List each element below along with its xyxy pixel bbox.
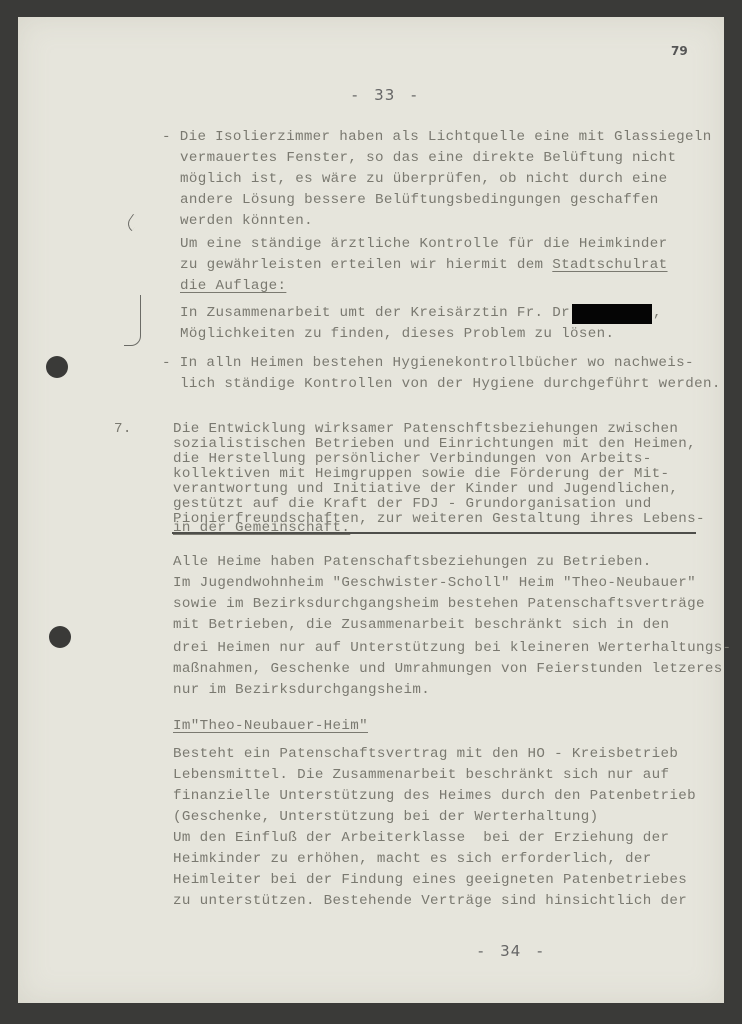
body-line: mit Betrieben, die Zusammenarbeit beschr… (173, 617, 669, 633)
text-line: andere Lösung bessere Belüftungsbedingun… (180, 192, 659, 208)
underlined-directive: die Auflage: (180, 278, 286, 294)
section-heading-line: gestützt auf die Kraft der FDJ - Grundor… (173, 496, 652, 512)
body-line: finanzielle Unterstützung des Heimes dur… (173, 788, 696, 804)
text-line: lich ständige Kontrollen von der Hygiene… (180, 376, 721, 392)
text-line: zu gewährleisten erteilen wir hiermit de… (180, 257, 668, 273)
page-number-bottom: - 34 - (478, 942, 543, 960)
body-line: nur im Bezirksdurchgangsheim. (173, 682, 430, 698)
body-line: zu unterstützen. Bestehende Verträge sin… (173, 893, 687, 909)
text-line: - In alln Heimen bestehen Hygienekontrol… (162, 355, 694, 371)
text-line: Möglichkeiten zu finden, dieses Problem … (180, 326, 614, 342)
section-heading-line: Die Entwicklung wirksamer Patenschftsbez… (173, 421, 678, 437)
body-line: sowie im Bezirksdurchgangsheim bestehen … (173, 596, 705, 612)
text-span: zu gewährleisten erteilen wir hiermit de… (180, 257, 552, 273)
text-line: werden könnten. (180, 213, 313, 229)
body-line: Lebensmittel. Die Zusammenarbeit beschrä… (173, 767, 669, 783)
heading-underline-rule (172, 532, 696, 534)
body-line: drei Heimen nur auf Unterstützung bei kl… (173, 640, 731, 656)
body-line: Um den Einfluß der Arbeiterklasse bei de… (173, 830, 669, 846)
section-heading-line: die Herstellung persönlicher Verbindunge… (173, 451, 652, 467)
redaction-box (572, 304, 652, 324)
text-line: Um eine ständige ärztliche Kontrolle für… (180, 236, 668, 252)
section-heading-line: verantwortung und Initiative der Kinder … (173, 481, 678, 497)
text-line: möglich ist, es wäre zu überprüfen, ob n… (180, 171, 668, 187)
subsection-heading: Im"Theo-Neubauer-Heim" (173, 718, 368, 734)
section-heading-line: sozialistischen Betrieben und Einrichtun… (173, 436, 696, 452)
handwritten-bracket-mark (124, 295, 141, 346)
text-line: In Zusammenarbeit umt der Kreisärztin Fr… (180, 305, 579, 321)
text-line: - Die Isolierzimmer haben als Lichtquell… (162, 129, 712, 145)
archive-page-number: 79 (671, 44, 688, 58)
page-number-top: - 33 - (352, 86, 417, 104)
section-number: 7. (114, 421, 132, 437)
text-line: , (653, 305, 662, 321)
text-line: vermauertes Fenster, so das eine direkte… (180, 150, 676, 166)
body-line: Besteht ein Patenschaftsvertrag mit den … (173, 746, 678, 762)
body-line: Im Jugendwohnheim "Geschwister-Scholl" H… (173, 575, 696, 591)
body-line: Heimleiter bei der Findung eines geeigne… (173, 872, 687, 888)
body-line: Heimkinder zu erhöhen, macht es sich erf… (173, 851, 652, 867)
punch-hole-top (46, 356, 68, 378)
body-line: Alle Heime haben Patenschaftsbeziehungen… (173, 554, 652, 570)
body-line: (Geschenke, Unterstützung bei der Werter… (173, 809, 598, 825)
punch-hole-bottom (49, 626, 71, 648)
underlined-recipient: Stadtschulrat (552, 257, 667, 273)
body-line: maßnahmen, Geschenke und Umrahmungen von… (173, 661, 723, 677)
section-heading-line: kollektiven mit Heimgruppen sowie die Fö… (173, 466, 669, 482)
